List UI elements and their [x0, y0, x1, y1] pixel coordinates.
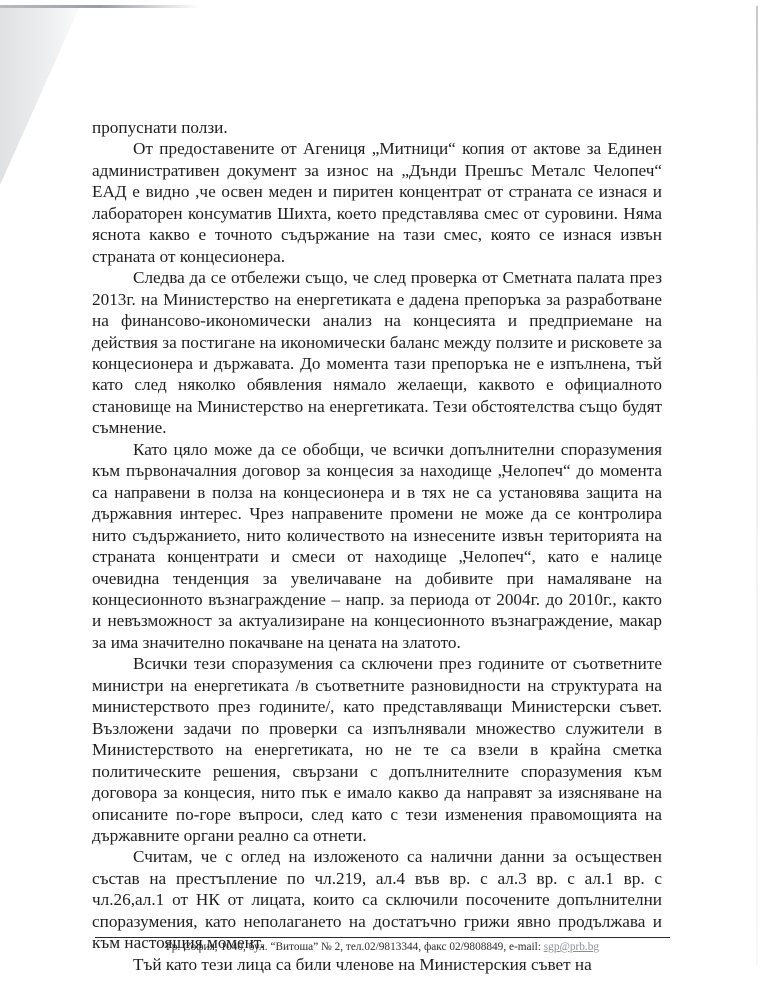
scan-right-edge	[756, 6, 758, 966]
paragraph-final-partial: Тъй като тези лица са били членове на Ми…	[92, 954, 662, 975]
footer-email-link[interactable]: sgp@prb.bg	[544, 941, 599, 953]
scan-shadow-artifact	[0, 0, 90, 190]
paragraph-ministers: Всички тези споразумения са сключени пре…	[92, 653, 662, 846]
document-body: пропуснати ползи. От предоставените от А…	[92, 117, 662, 975]
paragraph-continuation: пропуснати ползи.	[92, 117, 662, 138]
footer-address-text: Гр. София, 1040, бул. “Витоша” № 2, тел.…	[166, 941, 544, 953]
scan-top-edge	[0, 5, 200, 8]
footer-address: Гр. София, 1040, бул. “Витоша” № 2, тел.…	[95, 941, 670, 953]
footer-divider	[95, 937, 670, 938]
paragraph-customs-documents: От предоставените от Агениця „Митници“ к…	[92, 138, 662, 267]
paragraph-summary-agreements: Като цяло може да се обобщи, че всички д…	[92, 439, 662, 654]
paragraph-audit-office: Следва да се отбележи също, че след пров…	[92, 267, 662, 439]
